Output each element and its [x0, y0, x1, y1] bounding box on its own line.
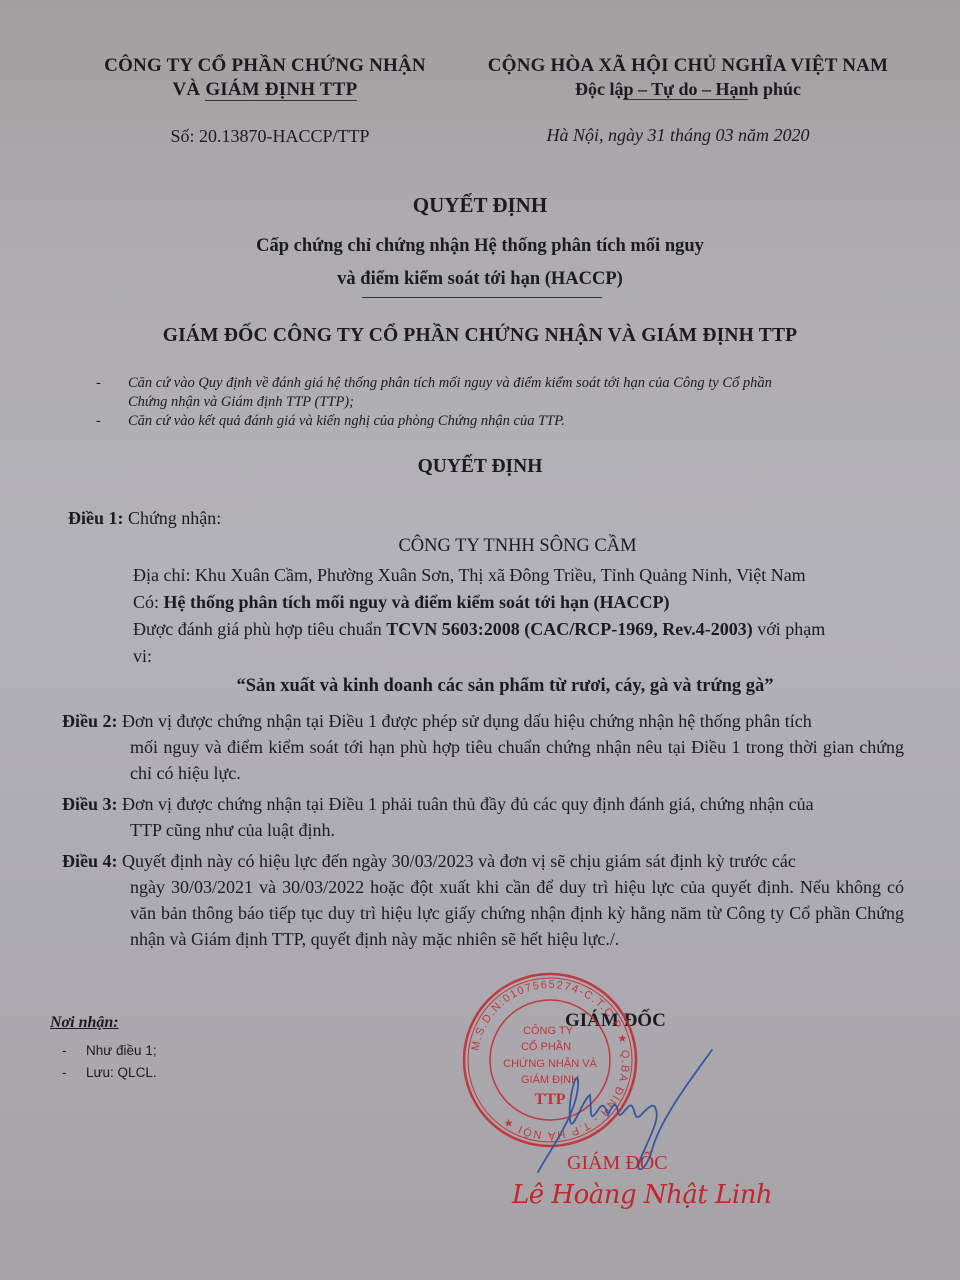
national-motto: Độc lập – Tự do – Hạnh phúc	[468, 78, 908, 100]
basis-item: - Căn cứ vào kết quả đánh giá và kiến ng…	[96, 412, 911, 431]
certified-company: CÔNG TY TNHH SÔNG CẦM	[0, 536, 960, 557]
issuer-org: CÔNG TY CỔ PHẦN CHỨNG NHẬN VÀ GIÁM ĐỊNH …	[85, 54, 445, 102]
national-header: CỘNG HÒA XÃ HỘI CHỦ NGHĨA VIỆT NAM Độc l…	[468, 54, 908, 100]
issuer-org-line1: CÔNG TY CỔ PHẦN CHỨNG NHẬN	[85, 54, 445, 78]
place-date: Hà Nội, ngày 31 tháng 03 năm 2020	[468, 125, 888, 146]
article-4: Điều 4: Quyết định này có hiệu lực đến n…	[62, 848, 904, 952]
issuer-org-line2: VÀ GIÁM ĐỊNH TTP	[85, 78, 445, 102]
company-address: Địa chỉ: Khu Xuân Cầm, Phường Xuân Sơn, …	[133, 562, 908, 589]
certification-scope: “Sản xuất và kinh doanh các sản phẩm từ …	[0, 676, 960, 697]
svg-text:CÔNG TY: CÔNG TY	[523, 1024, 574, 1037]
legal-bases: - Căn cứ vào Quy định về đánh giá hệ thố…	[96, 374, 911, 431]
article-3: Điều 3: Đơn vị được chứng nhận tại Điều …	[62, 791, 904, 843]
certification-standard: Được đánh giá phù hợp tiêu chuẩn TCVN 56…	[133, 616, 908, 643]
document-number: Số: 20.13870-HACCP/TTP	[85, 126, 455, 147]
title-divider	[362, 297, 602, 298]
recipients: Nơi nhận: -Như điều 1; -Lưu: QLCL.	[50, 1014, 157, 1084]
document-subtitle: Cấp chứng chỉ chứng nhận Hệ thống phân t…	[0, 230, 960, 296]
issuing-authority: GIÁM ĐỐC CÔNG TY CỔ PHẦN CHỨNG NHẬN VÀ G…	[0, 325, 960, 347]
signatory-title-stamp: GIÁM ĐỐC	[567, 1152, 668, 1175]
recipient-item: -Như điều 1;	[50, 1040, 157, 1062]
nation-name: CỘNG HÒA XÃ HỘI CHỦ NGHĨA VIỆT NAM	[468, 54, 908, 78]
basis-item: - Căn cứ vào Quy định về đánh giá hệ thố…	[96, 374, 911, 412]
recipients-title: Nơi nhận:	[50, 1014, 157, 1032]
certified-system: Có: Hệ thống phân tích mối nguy và điểm …	[133, 589, 908, 616]
article-2: Điều 2: Đơn vị được chứng nhận tại Điều …	[62, 708, 904, 786]
document-title: QUYẾT ĐỊNH	[0, 193, 960, 218]
signatory-name: Lê Hoàng Nhật Linh	[512, 1180, 772, 1210]
decision-heading: QUYẾT ĐỊNH	[0, 456, 960, 478]
article-1-heading: Điều 1: Chứng nhận:	[68, 505, 221, 531]
article-1-body: Địa chỉ: Khu Xuân Cầm, Phường Xuân Sơn, …	[133, 562, 908, 670]
recipient-item: -Lưu: QLCL.	[50, 1062, 157, 1084]
